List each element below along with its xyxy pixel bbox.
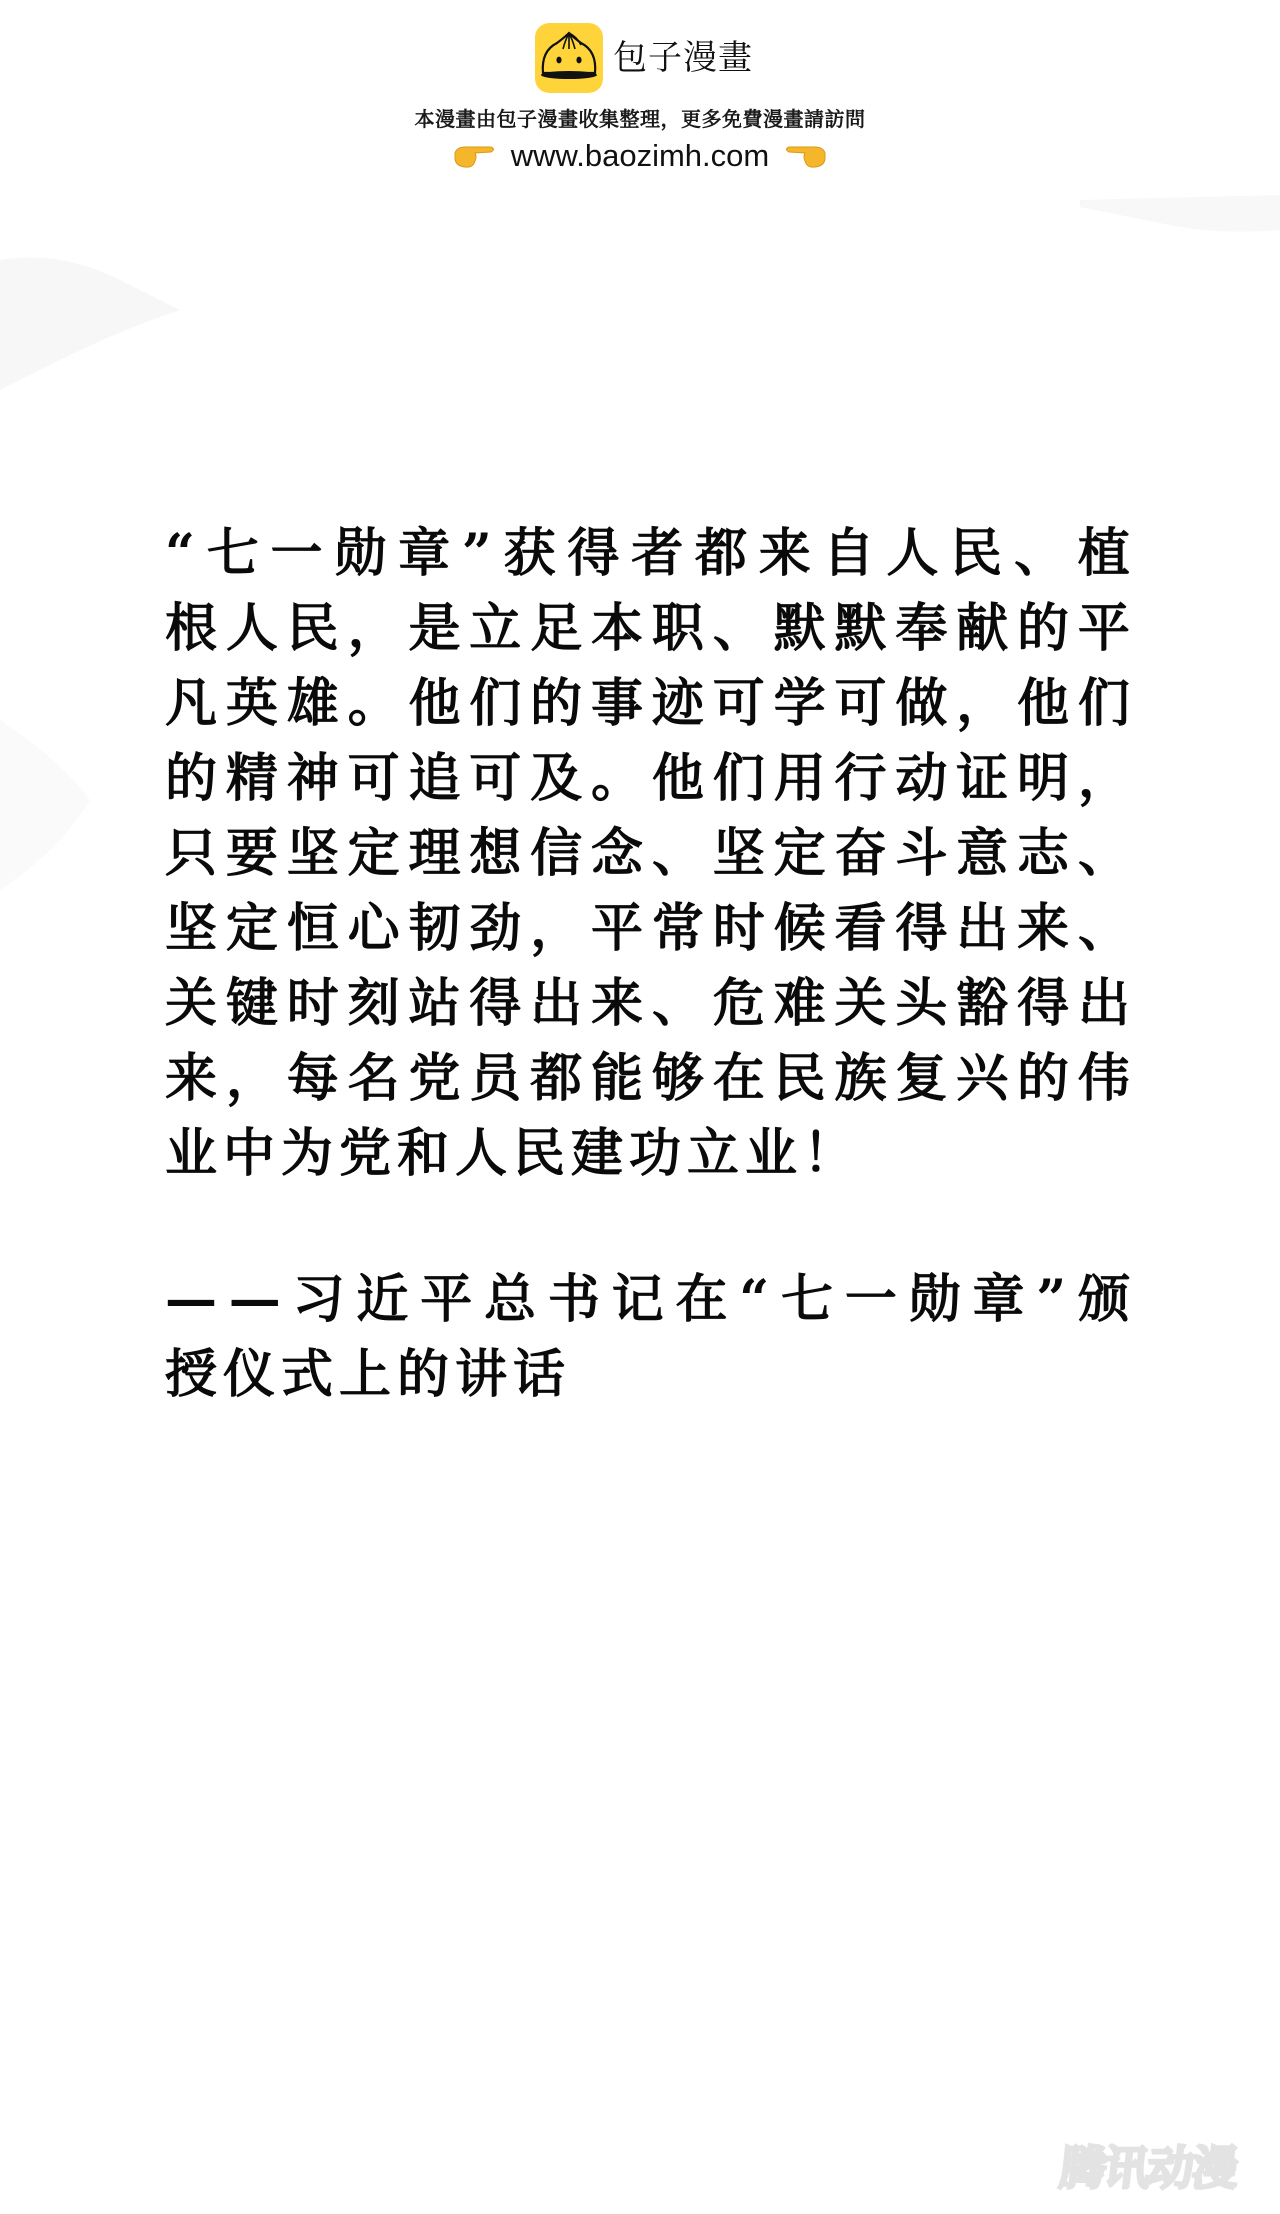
steamed-bun-logo-icon	[535, 23, 603, 93]
passage-line: 坚定恒心韧劲，平常时候看得出来、	[165, 891, 1130, 966]
pointing-right-hand-icon	[453, 141, 497, 171]
decorative-brush-streak-left	[0, 250, 200, 400]
passage-line: 来，每名党员都能够在民族复兴的伟	[165, 1041, 1130, 1116]
decorative-brush-streak-right	[1080, 195, 1280, 245]
pointing-left-hand-icon	[783, 141, 827, 171]
site-url-link[interactable]: www.baozimh.com	[511, 136, 769, 176]
tencent-comics-watermark: 腾讯动漫	[1057, 2140, 1239, 2196]
passage-line: 根人民，是立足本职、默默奉献的平	[165, 591, 1130, 666]
passage-line: 只要坚定理想信念、坚定奋斗意志、	[165, 816, 1130, 891]
attribution-line: ——习近平总书记在“七一勋章”颁	[165, 1262, 1130, 1337]
passage-line: 关键时刻站得出来、危难关头豁得出	[165, 966, 1130, 1041]
quote-passage: “七一勋章”获得者都来自人民、植 根人民，是立足本职、默默奉献的平 凡英雄。他们…	[165, 516, 1130, 1191]
attribution-line: 授仪式上的讲话	[165, 1337, 1130, 1412]
source-notice: 本漫畫由包子漫畫收集整理，更多免費漫畫請訪問	[0, 106, 1280, 132]
passage-line: 的精神可追可及。他们用行动证明，	[165, 741, 1130, 816]
passage-line: 业中为党和人民建功立业！	[165, 1116, 1130, 1191]
site-url-line: www.baozimh.com	[0, 136, 1280, 176]
passage-line: “七一勋章”获得者都来自人民、植	[165, 516, 1130, 591]
brand-header: 包子漫畫	[535, 23, 753, 93]
decorative-brush-streak-left-lower	[0, 720, 110, 900]
passage-line: 凡英雄。他们的事迹可学可做，他们	[165, 666, 1130, 741]
quote-attribution: ——习近平总书记在“七一勋章”颁 授仪式上的讲话	[165, 1262, 1130, 1412]
brand-name: 包子漫畫	[613, 41, 753, 75]
